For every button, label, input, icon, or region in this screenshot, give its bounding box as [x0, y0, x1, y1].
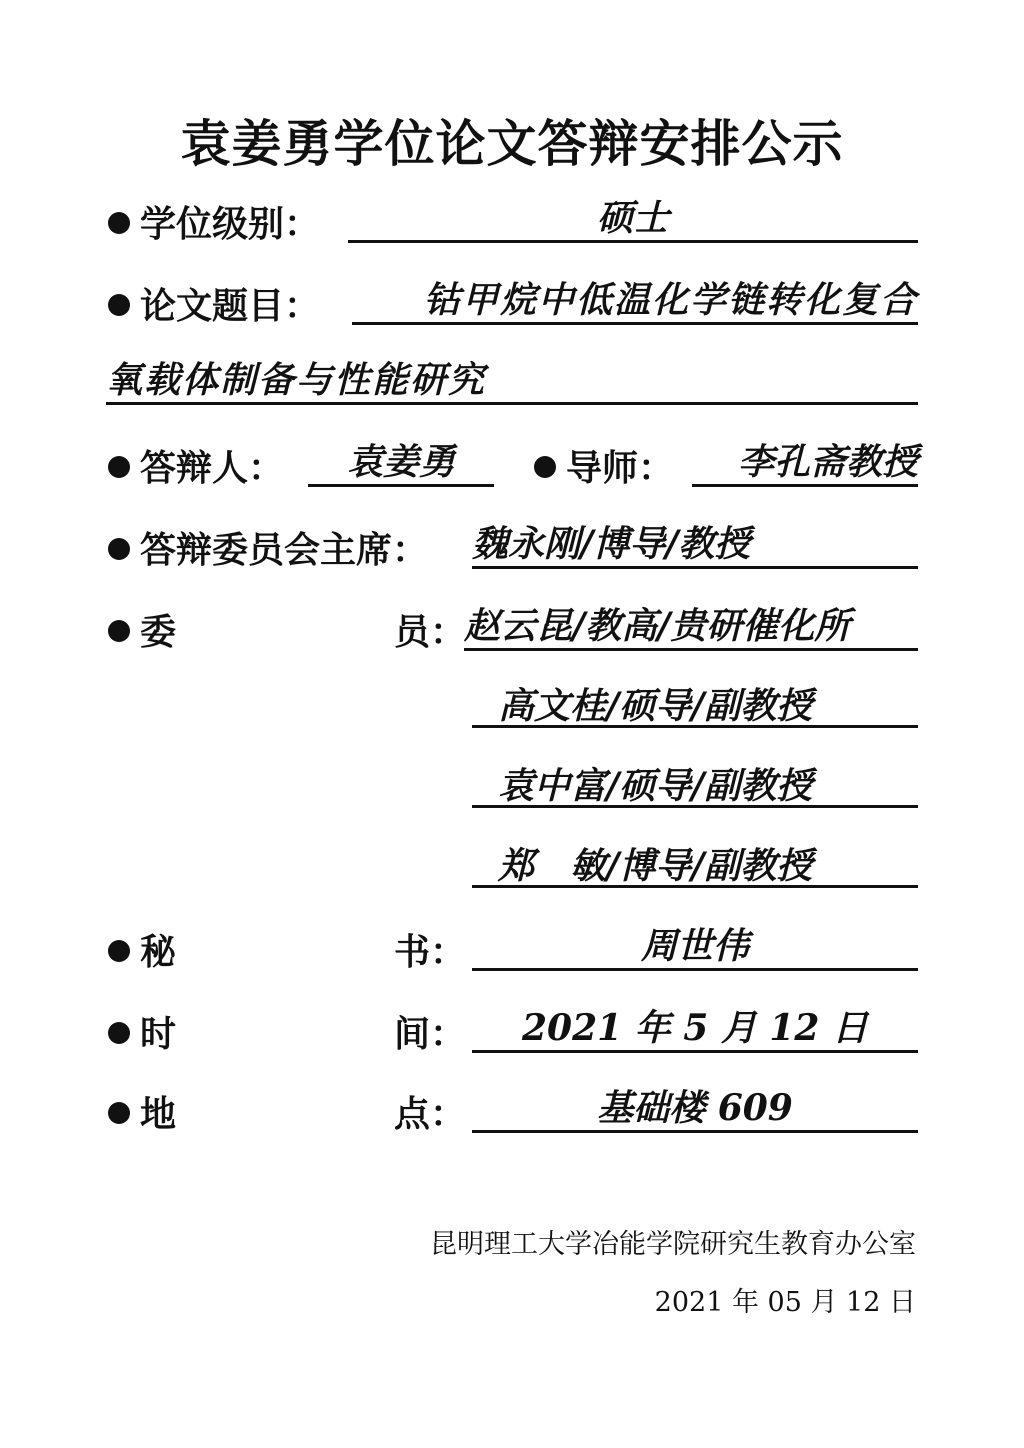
member-1: 赵云昆/教高/贵研催化所 — [464, 604, 918, 651]
chair-label-text: 答辩委员会主席： — [140, 529, 428, 571]
bullet-icon — [108, 538, 130, 560]
place-label: 地 — [108, 1086, 176, 1137]
defender-label: 答辩人： — [108, 440, 284, 491]
time-label-right: 间： — [394, 1006, 466, 1057]
secretary-label-left: 秘 — [140, 931, 176, 973]
time-value: 2021 年 5 月 12 日 — [472, 1006, 918, 1053]
defender-value: 袁姜勇 — [308, 440, 494, 487]
time-label-left: 时 — [140, 1013, 176, 1055]
secretary-label-right: 书： — [394, 924, 466, 975]
chair-label: 答辩委员会主席： — [108, 522, 428, 573]
member-4: 郑 敏/博导/副教授 — [472, 844, 918, 888]
secretary-label: 秘 — [108, 924, 176, 975]
place-label-left: 地 — [140, 1093, 176, 1135]
advisor-value: 李孔斋教授 — [692, 440, 918, 487]
bullet-icon — [108, 1022, 130, 1044]
bullet-icon — [108, 294, 130, 316]
place-label-right: 点： — [394, 1086, 466, 1137]
thesis-label: 论文题目： — [108, 278, 320, 329]
member-2: 高文桂/硕导/副教授 — [472, 684, 918, 728]
advisor-label-text: 导师： — [566, 447, 674, 489]
bullet-icon — [108, 456, 130, 478]
advisor-label: 导师： — [534, 440, 674, 491]
thesis-title-line1: 钴甲烷中低温化学链转化复合 — [352, 278, 918, 325]
members-label-left: 委 — [140, 611, 176, 653]
place-value: 基础楼 609 — [472, 1086, 918, 1133]
thesis-label-text: 论文题目： — [140, 285, 320, 327]
time-label: 时 — [108, 1006, 176, 1057]
bullet-icon — [108, 940, 130, 962]
degree-value: 硕士 — [348, 196, 918, 243]
degree-label: 学位级别： — [108, 196, 320, 247]
members-label: 委 — [108, 604, 176, 655]
secretary-value: 周世伟 — [472, 924, 918, 971]
bullet-icon — [534, 456, 556, 478]
page-title: 袁姜勇学位论文答辩安排公示 — [0, 104, 1024, 176]
chair-value: 魏永刚/博导/教授 — [472, 522, 918, 569]
defender-label-text: 答辩人： — [140, 447, 284, 489]
members-label-right: 员： — [394, 604, 466, 655]
degree-label-text: 学位级别： — [140, 203, 320, 245]
bullet-icon — [108, 620, 130, 642]
bullet-icon — [108, 1102, 130, 1124]
issuing-office: 昆明理工大学冶能学院研究生教育办公室 — [430, 1222, 916, 1261]
issue-date: 2021 年 05 月 12 日 — [655, 1280, 916, 1319]
member-3: 袁中富/硕导/副教授 — [472, 764, 918, 808]
thesis-title-line2: 氧载体制备与性能研究 — [106, 358, 918, 405]
bullet-icon — [108, 212, 130, 234]
